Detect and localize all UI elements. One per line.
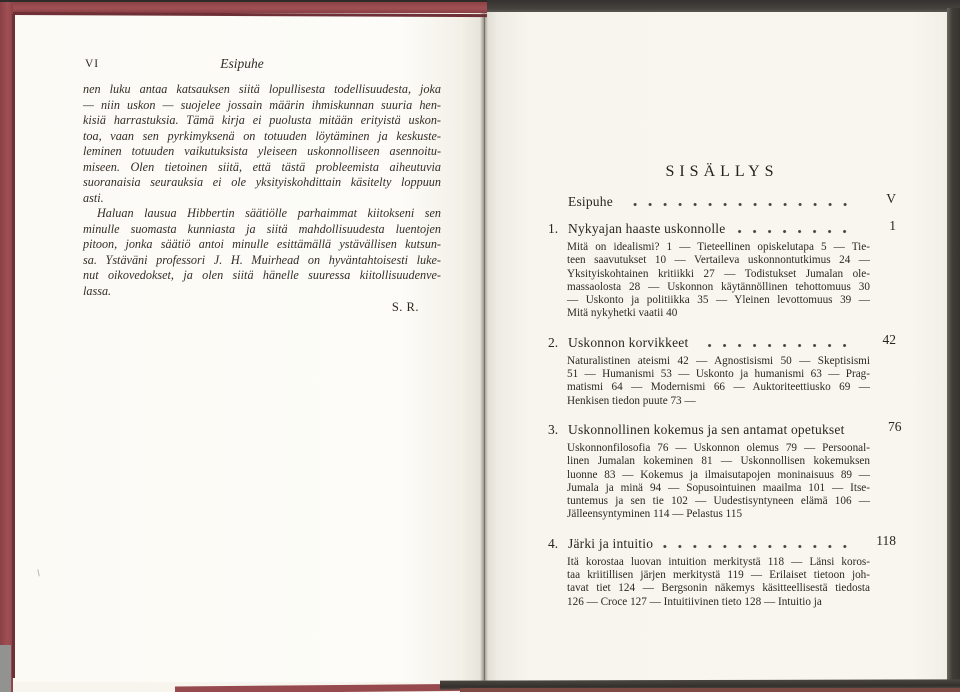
book-cover-inner-edge-left — [12, 14, 15, 678]
preface-text-block: VI Esipuhe nen luku antaa katsauksen sii… — [83, 56, 441, 316]
toc-entry-1: 1. Nykyajan haaste uskonnolle 1 Mitä on … — [548, 220, 896, 321]
text-line: 126 — Croce 127 — Intuitiivinen tieto 12… — [567, 596, 870, 609]
leader-dots — [662, 544, 858, 549]
leader-dots — [697, 343, 858, 348]
page-block-top-edge — [487, 0, 960, 12]
text-line: minulle suomasta kunniasta ja siitä mahd… — [83, 222, 441, 238]
toc-entry-esipuhe: Esipuhe V — [548, 193, 896, 211]
text-line: Yksityiskohtainen kritiikki 27 — Todistu… — [567, 268, 870, 281]
text-line: matismi 64 — Modernismi 66 — Auktoriteet… — [567, 381, 870, 394]
text-line: Itä korostaa luovan intuition merkitystä… — [567, 556, 870, 569]
text-line: Uskonnonfilosofia 76 — Uskonnon olemus 7… — [567, 442, 870, 455]
text-line: Henkisen tiedon puute 73 — — [567, 395, 870, 408]
toc-entry-label: Uskonnon korvikkeet — [568, 334, 688, 352]
toc-entry-2: 2. Uskonnon korvikkeet 42 Naturalistinen… — [548, 334, 896, 408]
toc-entry-subtopics: Mitä on idealismi? 1 — Tieteellinen opis… — [567, 241, 870, 321]
toc-row: 2. Uskonnon korvikkeet 42 — [548, 334, 896, 352]
text-line: toa, vaan sen pyrkimyksenä on totuuden l… — [83, 129, 441, 145]
text-line: luonne 83 — Kokemus ja ilmaisutapojen mo… — [567, 469, 870, 482]
toc-entry-label: Nykyajan haaste uskonnolle — [568, 220, 725, 238]
text-line: kisiä harrastuksia. Tämä kirja ei puolus… — [83, 113, 441, 129]
toc-entry-label: Järki ja intuitio — [568, 535, 653, 553]
page-gutter-line — [484, 14, 485, 680]
toc-entry-label: Uskonnollinen kokemus ja sen antamat ope… — [568, 421, 845, 439]
author-initials: S. R. — [83, 299, 441, 316]
book-scan: VI Esipuhe nen luku antaa katsauksen sii… — [0, 0, 960, 692]
text-line: — niin uskon — suojelee jossain määrin i… — [83, 98, 441, 114]
text-line: Naturalistinen ateismi 42 — Agnostisismi… — [567, 355, 870, 368]
table-of-contents: SISÄLLYS Esipuhe V 1. Nykyajan haaste us… — [548, 162, 896, 622]
text-line: taa kriitillisen järjen merkitystä 119 —… — [567, 569, 870, 582]
toc-entry-page: 42 — [870, 331, 896, 349]
toc-entry-number: 4. — [548, 535, 568, 553]
text-line: nen luku antaa katsauksen siitä lopullis… — [83, 82, 441, 98]
text-line: — Uskonto ja politiikka 35 — Yleinen lev… — [567, 294, 870, 307]
toc-entry-subtopics: Uskonnonfilosofia 76 — Uskonnon olemus 7… — [567, 442, 870, 522]
toc-entry-page: 1 — [870, 217, 896, 235]
text-line: suoranaisia seurauksia ei ole yksityisko… — [83, 175, 441, 191]
leader-dots — [854, 430, 864, 435]
text-line: tavat tiet 124 — Bergsonin näkemys käsit… — [567, 582, 870, 595]
text-line: asti. — [83, 191, 441, 207]
text-line: tuntemus ja sen tie 102 — Uudestisyntyne… — [567, 495, 870, 508]
toc-entry-number: 1. — [548, 220, 568, 238]
text-line: Mitä nykyhetki vaatii 40 — [567, 307, 870, 320]
preface-paragraph-2: Haluan lausua Hibbertin säätiölle parhai… — [83, 206, 441, 299]
preface-paragraph-1: nen luku antaa katsauksen siitä lopullis… — [83, 82, 441, 206]
text-line: nut oikovedokset, ja olen siitä hänelle … — [83, 268, 441, 284]
toc-entry-subtopics: Itä korostaa luovan intuition merkitystä… — [567, 556, 870, 609]
toc-entry-subtopics: Naturalistinen ateismi 42 — Agnostisismi… — [567, 355, 870, 408]
toc-row: Esipuhe V — [548, 193, 896, 211]
contents-title: SISÄLLYS — [548, 162, 896, 182]
right-page: SISÄLLYS Esipuhe V 1. Nykyajan haaste us… — [484, 12, 948, 682]
running-header-title: Esipuhe — [83, 56, 401, 72]
toc-entry-3: 3. Uskonnollinen kokemus ja sen antamat … — [548, 421, 896, 522]
text-line: Haluan lausua Hibbertin säätiölle parhai… — [83, 206, 441, 222]
text-line: Jälleensyntyminen 114 — Pelastus 115 — [567, 508, 870, 521]
left-page: VI Esipuhe nen luku antaa katsauksen sii… — [14, 13, 484, 682]
toc-entry-number: 2. — [548, 334, 568, 352]
toc-entry-label: Esipuhe — [568, 193, 613, 211]
pencil-mark — [37, 569, 42, 577]
toc-entry-4: 4. Järki ja intuitio 118 Itä korostaa lu… — [548, 535, 896, 609]
text-line: leminen totuuden vaikutuksista yleiseen … — [83, 144, 441, 160]
text-line: pitoon, jonka säätiö antoi minulle esitt… — [83, 237, 441, 253]
toc-row: 3. Uskonnollinen kokemus ja sen antamat … — [548, 421, 896, 439]
leader-dots — [734, 229, 858, 234]
text-line: 51 — Humanismi 53 — Uskonto ja humanismi… — [567, 368, 870, 381]
toc-row: 4. Järki ja intuitio 118 — [548, 535, 896, 553]
text-line: lassa. — [83, 284, 441, 300]
toc-entry-page: 76 — [876, 418, 902, 436]
toc-entry-number: 3. — [548, 421, 568, 439]
toc-entry-page: V — [870, 190, 896, 208]
text-line: teen saavutukset 10 — Vertaileva uskonno… — [567, 254, 870, 267]
text-line: Mitä on idealismi? 1 — Tieteellinen opis… — [567, 241, 870, 254]
page-block-right-edge — [947, 8, 960, 684]
toc-entry-page: 118 — [870, 532, 896, 550]
text-line: miseen. Olen tietoinen siitä, että tästä… — [83, 160, 441, 176]
text-line: linen Jumalan kokeminen 81 — Uskonnollis… — [567, 455, 870, 468]
left-page-header: VI Esipuhe — [83, 56, 441, 73]
text-line: sa. Ystäväni professori J. H. Muirhead o… — [83, 253, 441, 269]
book-cover-bottom-line — [460, 688, 960, 692]
toc-row: 1. Nykyajan haaste uskonnolle 1 — [548, 220, 896, 238]
text-line: Jumala ja minä 94 — Sopusointuinen maail… — [567, 482, 870, 495]
text-line: massaolosta 28 — Uskonnon käytännöllinen… — [567, 281, 870, 294]
leader-dots — [622, 202, 858, 207]
scanner-background-corner — [0, 645, 11, 692]
